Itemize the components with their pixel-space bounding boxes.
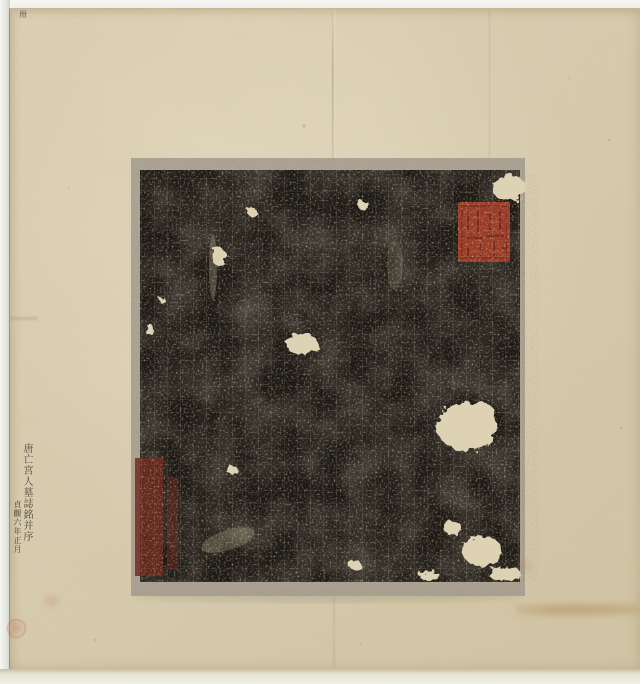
- crease-left-edge: [10, 317, 38, 320]
- collector-annotation: 唐亡宮人墓誌銘并序 貞觀六年正月: [10, 443, 32, 585]
- annotation-title-column: 唐亡宮人墓誌銘并序: [21, 443, 32, 585]
- red-smudge: [44, 595, 59, 607]
- album-leaf-paper: [9, 8, 640, 671]
- fold-crease-vertical-3: [333, 598, 335, 668]
- corner-inventory-mark: 卅: [19, 11, 27, 19]
- annotation-date-column: 貞觀六年正月: [12, 443, 21, 585]
- fold-crease-vertical-2: [489, 10, 490, 162]
- fold-crease-highlight: [334, 10, 335, 170]
- faint-round-seal: [7, 619, 26, 638]
- paper-bottom-edge: [0, 669, 640, 684]
- stain-band-right: [516, 601, 640, 619]
- faint-smudge-right: [519, 561, 532, 572]
- scanned-rubbing-sheet: 卅 唐亡宮人墓誌銘并序 貞觀六年正月: [0, 0, 640, 684]
